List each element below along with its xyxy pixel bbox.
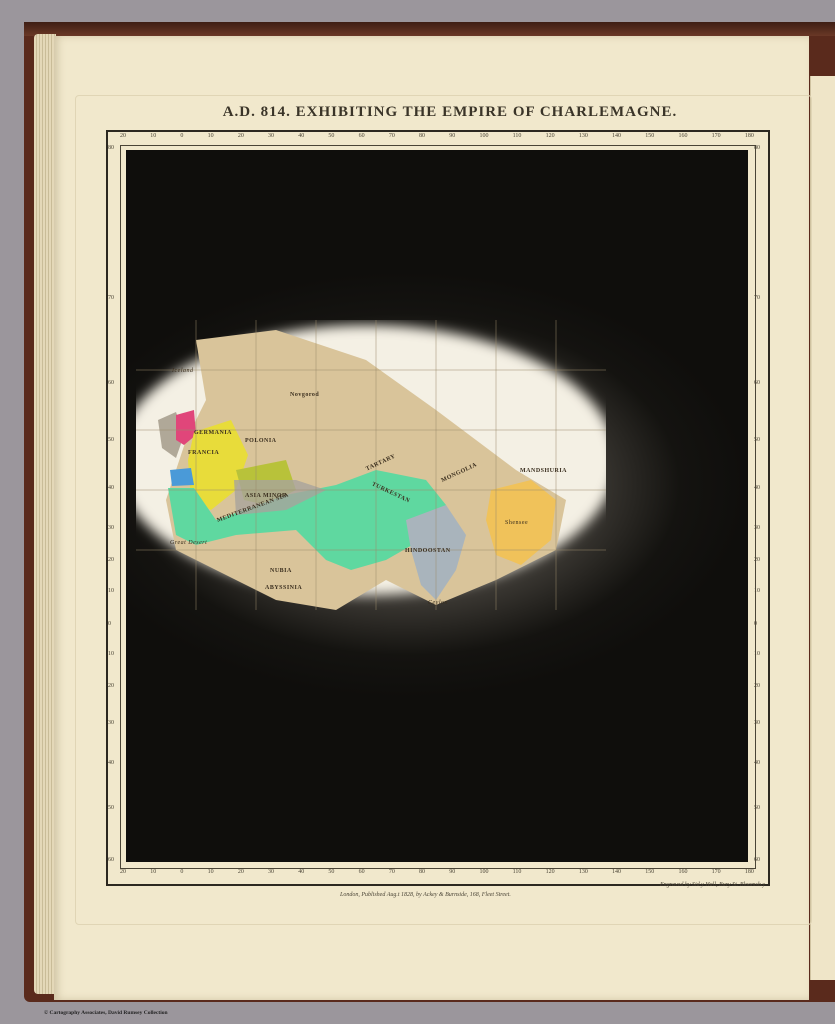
lat-tick: 60 (754, 857, 760, 863)
lat-tick: 40 (754, 760, 760, 766)
map-title: A.D. 814. EXHIBITING THE EMPIRE OF CHARL… (140, 104, 760, 121)
lat-tick: 0 (754, 621, 757, 627)
lon-tick: 180 (745, 869, 754, 883)
lon-tick: 60 (359, 133, 365, 147)
lon-tick: 140 (612, 133, 621, 147)
lon-tick: 150 (645, 869, 654, 883)
label-great-desert: Great Desert (170, 540, 207, 546)
label-iceland: Iceland (172, 368, 194, 374)
label-nubia: NUBIA (270, 568, 292, 574)
lon-tick: 110 (513, 133, 522, 147)
lat-tick: 50 (108, 437, 114, 443)
lat-tick: 20 (754, 557, 760, 563)
lon-tick: 70 (389, 869, 395, 883)
lat-tick: 0 (108, 621, 111, 627)
lon-tick: 110 (513, 869, 522, 883)
lon-tick: 50 (328, 869, 334, 883)
lat-tick: 70 (754, 295, 760, 301)
lon-tick: 0 (180, 869, 183, 883)
longitude-scale-bottom: 20 10 0 10 20 30 40 50 60 70 80 90 100 1… (120, 869, 754, 883)
label-polonia: POLONIA (245, 438, 277, 444)
lat-tick: 80 (754, 145, 760, 151)
lat-tick: 80 (108, 145, 114, 151)
lon-tick: 100 (479, 133, 488, 147)
lon-tick: 130 (579, 133, 588, 147)
collection-credit: © Cartography Associates, David Rumsey C… (44, 1010, 168, 1016)
lat-tick: 30 (108, 720, 114, 726)
lon-tick: 0 (180, 133, 183, 147)
lat-tick: 30 (108, 525, 114, 531)
asturias-region (170, 468, 194, 486)
label-hindoostan: HINDOOSTAN (405, 548, 451, 554)
lon-tick: 170 (712, 133, 721, 147)
page-edges (34, 34, 56, 994)
lat-tick: 60 (754, 380, 760, 386)
lat-tick: 40 (108, 760, 114, 766)
lon-tick: 90 (449, 133, 455, 147)
publisher-imprint: London, Published Aug.t 1828, by Ackey &… (340, 892, 511, 898)
lon-tick: 70 (389, 133, 395, 147)
lat-tick: 10 (108, 588, 114, 594)
lat-tick: 20 (754, 683, 760, 689)
lat-tick: 50 (108, 805, 114, 811)
lat-tick: 10 (108, 651, 114, 657)
lat-tick: 70 (108, 295, 114, 301)
lon-tick: 40 (298, 869, 304, 883)
lon-tick: 30 (268, 869, 274, 883)
lat-tick: 20 (108, 683, 114, 689)
next-page-edge (810, 76, 835, 980)
lat-tick: 50 (754, 805, 760, 811)
lon-tick: 140 (612, 869, 621, 883)
lat-tick: 50 (754, 437, 760, 443)
lon-tick: 10 (208, 133, 214, 147)
latitude-scale-right: 80 70 60 50 40 30 20 10 0 10 20 30 40 50… (754, 145, 768, 867)
lat-tick: 40 (108, 485, 114, 491)
lat-tick: 20 (108, 557, 114, 563)
engraver-credit: Engraved by Sid.y Hall, Bury St. Bloomsb… (660, 882, 765, 888)
lon-tick: 20 (238, 133, 244, 147)
lon-tick: 160 (678, 133, 687, 147)
lon-tick: 120 (546, 869, 555, 883)
lon-tick: 10 (150, 133, 156, 147)
lon-tick: 90 (449, 869, 455, 883)
binding-top-edge (24, 22, 835, 36)
lon-tick: 80 (419, 133, 425, 147)
lon-tick: 50 (328, 133, 334, 147)
label-germania: GERMANIA (194, 430, 232, 436)
lon-tick: 20 (120, 869, 126, 883)
latitude-scale-left: 80 70 60 50 40 30 20 10 0 10 20 30 40 50… (108, 145, 122, 867)
lon-tick: 180 (745, 133, 754, 147)
label-mandshuria: MANDSHURIA (520, 468, 567, 474)
lon-tick: 100 (479, 869, 488, 883)
label-shensee: Shensee (505, 520, 528, 526)
lon-tick: 60 (359, 869, 365, 883)
label-ceylon: Ceylon (428, 600, 448, 606)
label-novgorod: Novgorod (290, 392, 319, 398)
label-francia: FRANCIA (188, 450, 219, 456)
label-abyssinia: ABYSSINIA (265, 585, 302, 591)
lat-tick: 30 (754, 720, 760, 726)
longitude-scale-top: 20 10 0 10 20 30 40 50 60 70 80 90 100 1… (120, 133, 754, 147)
lon-tick: 20 (238, 869, 244, 883)
lat-tick: 60 (108, 857, 114, 863)
lat-tick: 10 (754, 588, 760, 594)
lon-tick: 80 (419, 869, 425, 883)
lon-tick: 10 (150, 869, 156, 883)
lat-tick: 40 (754, 485, 760, 491)
lon-tick: 160 (678, 869, 687, 883)
lon-tick: 130 (579, 869, 588, 883)
lon-tick: 170 (712, 869, 721, 883)
lon-tick: 150 (645, 133, 654, 147)
lat-tick: 60 (108, 380, 114, 386)
label-asia-minor: ASIA MINOR (245, 493, 287, 499)
lon-tick: 40 (298, 133, 304, 147)
lat-tick: 30 (754, 525, 760, 531)
lon-tick: 120 (546, 133, 555, 147)
lon-tick: 30 (268, 133, 274, 147)
lat-tick: 10 (754, 651, 760, 657)
lon-tick: 10 (208, 869, 214, 883)
